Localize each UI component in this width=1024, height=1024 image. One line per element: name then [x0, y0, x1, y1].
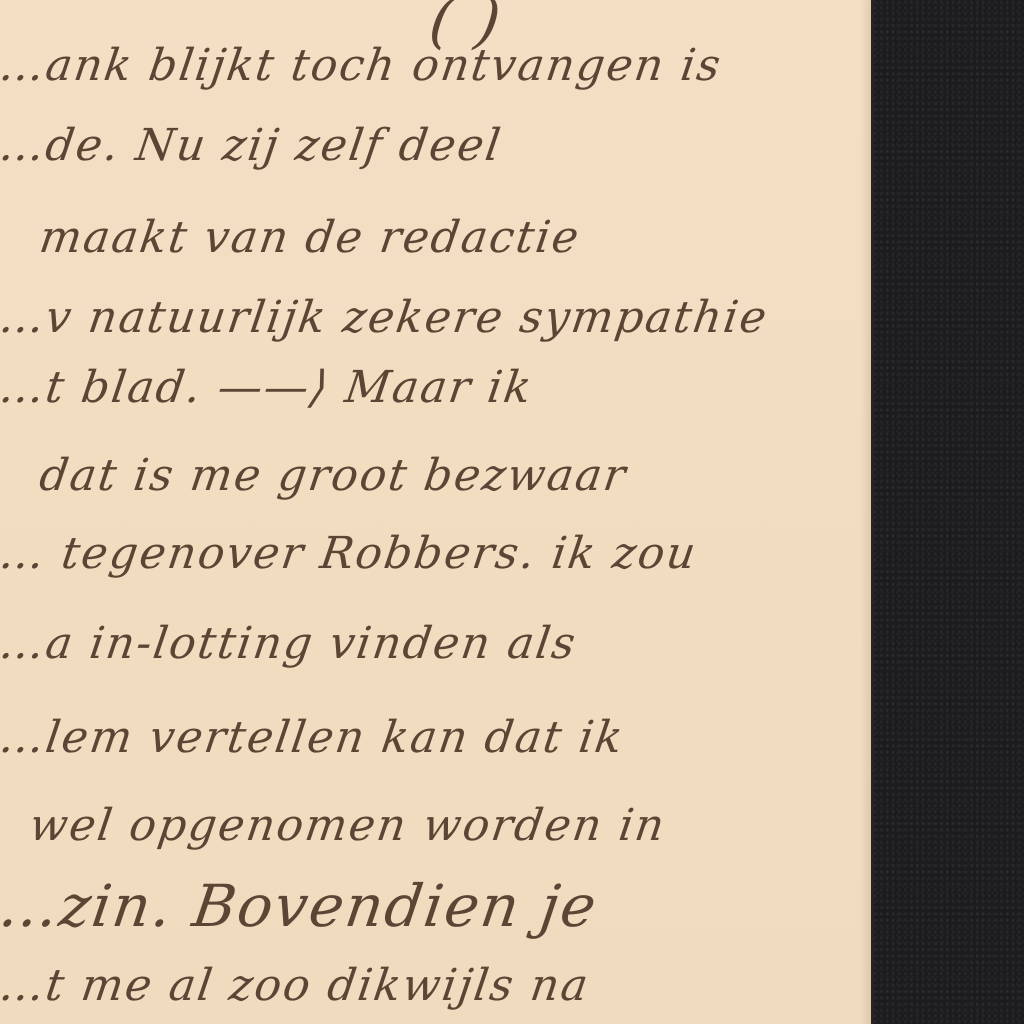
handwritten-line-11: …zin. Bovendien je — [0, 872, 602, 940]
handwritten-line-12: …t me al zoo dikwijls na — [0, 960, 593, 1011]
letter-page: ( ) …ank blijkt toch ontvangen is …de. N… — [0, 0, 874, 1024]
handwritten-line-2: …de. Nu zij zelf deel — [0, 120, 505, 171]
handwritten-line-9: …lem vertellen kan dat ik — [0, 712, 628, 763]
handwritten-line-7: … tegenover Robbers. ik zou — [0, 528, 701, 579]
handwritten-line-1: …ank blijkt toch ontvangen is — [0, 40, 725, 91]
handwritten-line-8: …a in-lotting vinden als — [0, 618, 580, 669]
handwritten-line-5: …t blad. ——⟩ Maar ik — [0, 362, 536, 413]
dark-backing-board — [874, 0, 1024, 1024]
handwritten-line-4: …v natuurlijk zekere sympathie — [0, 292, 772, 343]
handwritten-line-10: wel opgenomen worden in — [26, 800, 669, 851]
handwritten-line-3: maakt van de redactie — [36, 212, 583, 263]
handwritten-line-6: dat is me groot bezwaar — [36, 450, 630, 501]
